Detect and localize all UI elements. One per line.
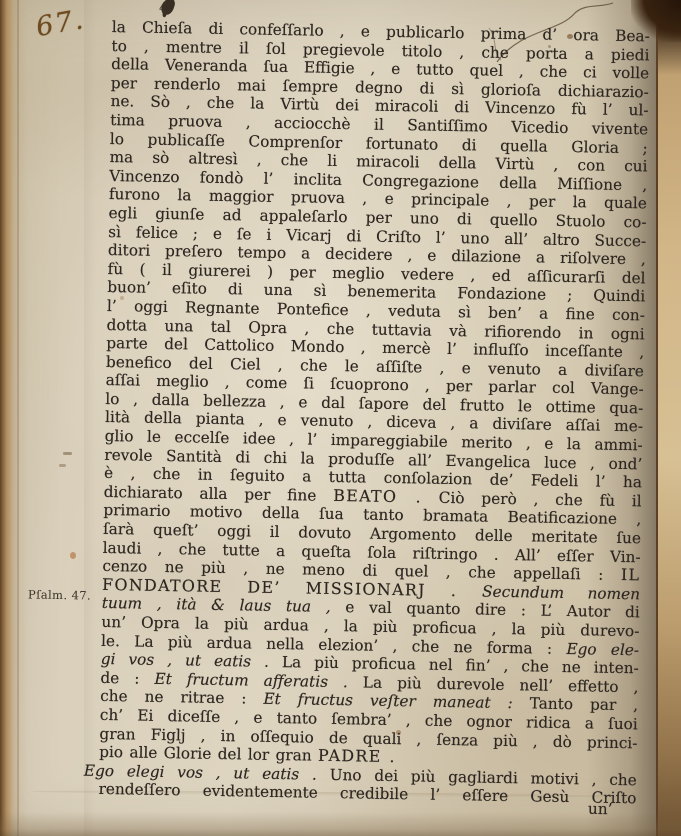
margin-note-psalm: Pſalm. 47.	[28, 587, 91, 602]
italic-text: Secundum nomen	[482, 582, 640, 603]
margin-mark	[59, 464, 66, 467]
margin-mark	[63, 452, 72, 455]
caps-text: BEATO .	[333, 486, 422, 507]
page-number: 4	[159, 1, 167, 16]
body-text: che ne ritrae :	[100, 687, 264, 708]
book-page-scan: 67. 4 Pſalm. 47. la Chieſa di confeſſarl…	[0, 0, 681, 836]
catchword: un’	[588, 800, 613, 818]
caps-text: PADRE .	[318, 746, 396, 766]
body-text: Tanto par ,	[530, 695, 639, 715]
italic-text: gi vos , ut eatis .	[101, 650, 282, 671]
paper-fold-shadow	[84, 0, 96, 836]
caps-text: IL	[621, 565, 641, 584]
next-page-edge	[656, 0, 681, 836]
body-text: de :	[100, 669, 154, 688]
paper-fiber-line	[17, 0, 19, 836]
italic-text: Ego ele-	[566, 640, 639, 659]
text-block: la Chieſa di confeſſarlo , e publicarlo …	[98, 18, 650, 808]
stain-spot	[70, 552, 76, 559]
binding-edge	[0, 0, 28, 836]
bottom-edge-shadow	[0, 812, 681, 836]
handwritten-folio-number: 67.	[34, 4, 88, 43]
